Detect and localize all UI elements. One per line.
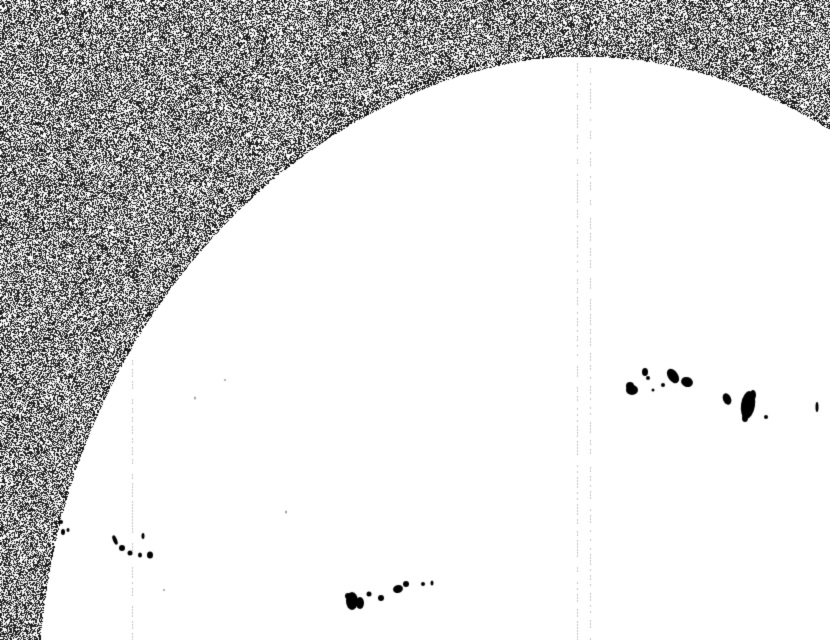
solar-disk-canvas [0, 0, 830, 640]
solar-image: Solar disk (white-light) with sunspot gr… [0, 0, 830, 640]
